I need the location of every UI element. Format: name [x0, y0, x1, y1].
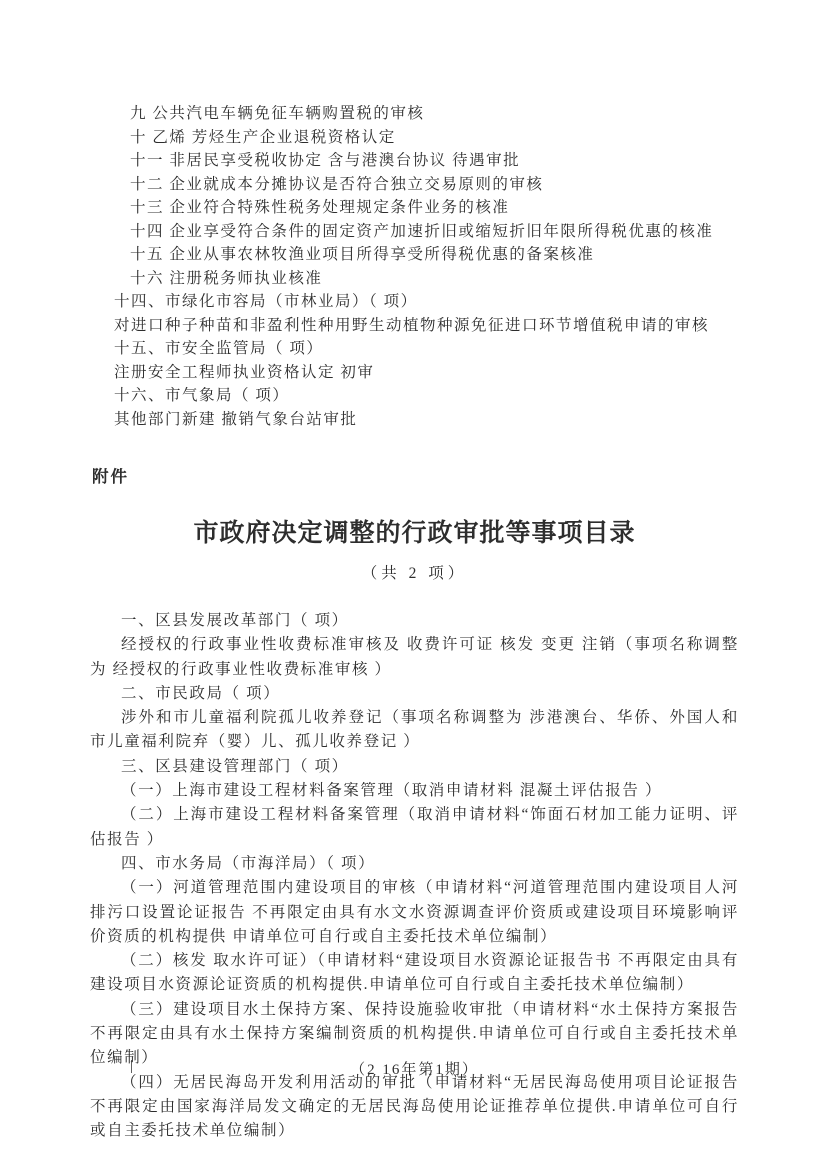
paragraph: 二、市民政局（ 项） [90, 682, 739, 706]
list-item: 十三 企业符合特殊性税务处理规定条件业务的核准 [90, 196, 739, 220]
list-item: 十二 企业就成本分摊协议是否符合独立交易原则的审核 [90, 173, 739, 197]
paragraph: 涉外和市儿童福利院孤儿收养登记（事项名称调整为 涉港澳台、华侨、外国人和市儿童福… [90, 706, 739, 755]
paragraph: （二）核发 取水许可证）（申请材料“建设项目水资源论证报告书 不再限定由具有建设… [90, 949, 739, 998]
list-item: 十六 注册税务师执业核准 [90, 267, 739, 291]
department-item: 注册安全工程师执业资格认定 初审 [90, 361, 739, 385]
list-item: 十四 企业享受符合条件的固定资产加速折旧或缩短折旧年限所得税优惠的核准 [90, 220, 739, 244]
department-item: 其他部门新建 撤销气象台站审批 [90, 408, 739, 432]
paragraph: 一、区县发展改革部门（ 项） [90, 609, 739, 633]
document-page: 九 公共汽电车辆免征车辆购置税的审核 十 乙烯 芳烃生产企业退税资格认定 十一 … [0, 0, 827, 1170]
department-line: 十五、市安全监管局（ 项） [90, 337, 739, 361]
list-item: 十 乙烯 芳烃生产企业退税资格认定 [90, 126, 739, 150]
paragraph: （二）上海市建设工程材料备案管理（取消申请材料“饰面石材加工能力证明、评估报告 … [90, 803, 739, 852]
paragraph: （一）上海市建设工程材料备案管理（取消申请材料 混凝土评估报告 ） [90, 779, 739, 803]
paragraph: （四）无居民海岛开发利用活动的审批（申请材料“无居民海岛使用项目论证报告 不再限… [90, 1071, 739, 1144]
page-subtitle: （共 2 项） [90, 561, 739, 583]
department-line: 十四、市绿化市容局（市林业局）（ 项） [90, 290, 739, 314]
department-line: 十六、市气象局（ 项） [90, 384, 739, 408]
attachment-label: 附件 [90, 463, 739, 487]
department-item: 对进口种子种苗和非盈利性种用野生动植物种源免征进口环节增值税申请的审核 [90, 314, 739, 338]
top-list: 九 公共汽电车辆免征车辆购置税的审核 十 乙烯 芳烃生产企业退税资格认定 十一 … [90, 102, 739, 431]
paragraph: （一）河道管理范围内建设项目的审核（申请材料“河道管理范围内建设项目人河排污口设… [90, 876, 739, 949]
paragraph: 三、区县建设管理部门（ 项） [90, 755, 739, 779]
page-footer: | （2 16年第1期） [90, 1058, 739, 1080]
list-item: 十一 非居民享受税收协定 含与港澳台协议 待遇审批 [90, 149, 739, 173]
paragraph: 四、市水务局（市海洋局）（ 项） [90, 852, 739, 876]
issue-label: （2 16年第1期） [90, 1058, 739, 1079]
list-item: 九 公共汽电车辆免征车辆购置税的审核 [90, 102, 739, 126]
list-item: 十五 企业从事农林牧渔业项目所得享受所得税优惠的备案核准 [90, 243, 739, 267]
page-title: 市政府决定调整的行政审批等事项目录 [90, 513, 739, 549]
paragraph: 经授权的行政事业性收费标准审核及 收费许可证 核发 变更 注销（事项名称调整为 … [90, 633, 739, 682]
